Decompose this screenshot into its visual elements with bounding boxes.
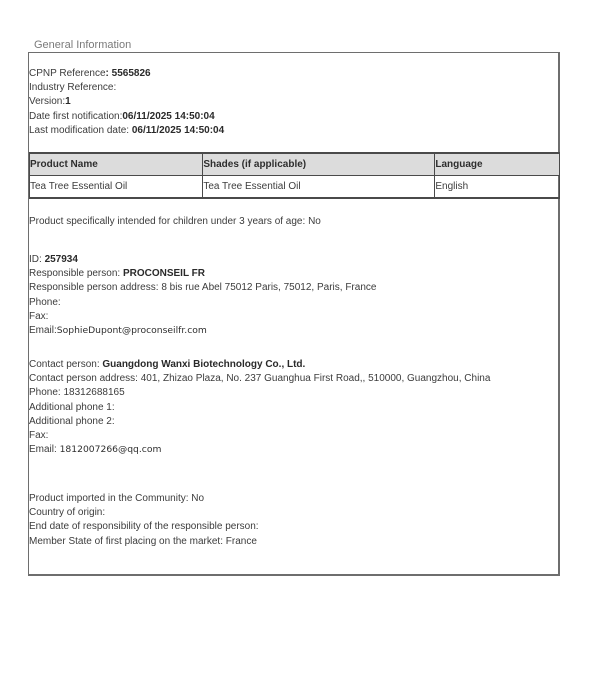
version-value: 1 xyxy=(65,96,71,107)
member-state-label: Member State of first placing on the mar… xyxy=(29,536,226,547)
last-modification-date: Last modification date: 06/11/2025 14:50… xyxy=(29,124,224,138)
cp-additional-phone-2: Additional phone 2: xyxy=(29,415,490,429)
cp-name-label: Contact person: xyxy=(29,359,102,370)
cp-additional-phone-1-label: Additional phone 1: xyxy=(29,402,115,413)
cp-fax-label: Fax: xyxy=(29,430,48,441)
industry-reference: Industry Reference: xyxy=(29,81,224,95)
date-first-notification-label: Date first notification: xyxy=(29,111,122,122)
rp-name-label: Responsible person: xyxy=(29,268,123,279)
rp-fax: Fax: xyxy=(29,310,376,324)
cp-email-label: Email: xyxy=(29,444,60,455)
member-state-value: France xyxy=(226,536,257,547)
children-value: No xyxy=(308,216,321,227)
notification-details: CPNP Reference: 5565826 Industry Referen… xyxy=(29,67,224,138)
cpnp-reference: CPNP Reference: 5565826 xyxy=(29,67,224,81)
section-title: General Information xyxy=(34,39,131,52)
cp-address-label: Contact person address: xyxy=(29,373,141,384)
rp-email: Email:SophieDupont@proconseilfr.com xyxy=(29,324,376,338)
table-header-row: Product Name Shades (if applicable) Lang… xyxy=(30,153,560,176)
imported-value: No xyxy=(191,493,204,504)
rp-address: Responsible person address: 8 bis rue Ab… xyxy=(29,281,376,295)
cp-address-value: 401, Zhizao Plaza, No. 237 Guanghua Firs… xyxy=(141,373,491,384)
cp-address: Contact person address: 401, Zhizao Plaz… xyxy=(29,372,490,386)
rp-id-label: ID: xyxy=(29,254,45,265)
cell-language: English xyxy=(435,176,560,199)
rp-phone: Phone: xyxy=(29,296,376,310)
cp-phone-label: Phone: xyxy=(29,387,63,398)
cp-fax: Fax: xyxy=(29,429,490,443)
last-modification-label: Last modification date: xyxy=(29,125,132,136)
cp-phone: Phone: 18312688165 xyxy=(29,386,490,400)
children-under-3: Product specifically intended for childr… xyxy=(29,215,321,229)
responsible-person-section: ID: 257934 Responsible person: PROCONSEI… xyxy=(29,253,376,338)
industry-reference-label: Industry Reference: xyxy=(29,82,116,93)
cp-phone-value: 18312688165 xyxy=(63,387,124,398)
rp-address-label: Responsible person address: xyxy=(29,282,161,293)
header-shades: Shades (if applicable) xyxy=(203,153,435,176)
cp-name-value: Guangdong Wanxi Biotechnology Co., Ltd. xyxy=(102,359,305,370)
last-modification-value: 06/11/2025 14:50:04 xyxy=(132,125,224,136)
rp-name: Responsible person: PROCONSEIL FR xyxy=(29,267,376,281)
version-label: Version: xyxy=(29,96,65,107)
cp-name: Contact person: Guangdong Wanxi Biotechn… xyxy=(29,358,490,372)
cp-email: Email: 1812007266@qq.com xyxy=(29,443,490,457)
cell-product-name: Tea Tree Essential Oil xyxy=(30,176,203,199)
cell-shades: Tea Tree Essential Oil xyxy=(203,176,435,199)
cp-additional-phone-1: Additional phone 1: xyxy=(29,401,490,415)
end-date-responsibility: End date of responsibility of the respon… xyxy=(29,520,259,534)
rp-email-value: SophieDupont@proconseilfr.com xyxy=(57,325,207,336)
children-info: Product specifically intended for childr… xyxy=(29,215,321,229)
rp-fax-label: Fax: xyxy=(29,311,48,322)
rp-address-value: 8 bis rue Abel 75012 Paris, 75012, Paris… xyxy=(161,282,376,293)
imported-in-community: Product imported in the Community: No xyxy=(29,492,259,506)
header-product-name: Product Name xyxy=(30,153,203,176)
import-info-section: Product imported in the Community: No Co… xyxy=(29,492,259,549)
table-row: Tea Tree Essential Oil Tea Tree Essentia… xyxy=(30,176,560,199)
general-information-panel: CPNP Reference: 5565826 Industry Referen… xyxy=(28,52,560,576)
rp-id-value: 257934 xyxy=(45,254,78,265)
rp-id: ID: 257934 xyxy=(29,253,376,267)
cp-additional-phone-2-label: Additional phone 2: xyxy=(29,416,115,427)
end-date-label: End date of responsibility of the respon… xyxy=(29,521,259,532)
cp-email-value: 1812007266@qq.com xyxy=(60,444,162,455)
date-first-notification-value: 06/11/2025 14:50:04 xyxy=(122,111,214,122)
member-state-first-placing: Member State of first placing on the mar… xyxy=(29,535,259,549)
header-language: Language xyxy=(435,153,560,176)
country-of-origin: Country of origin: xyxy=(29,506,259,520)
imported-label: Product imported in the Community: xyxy=(29,493,191,504)
date-first-notification: Date first notification:06/11/2025 14:50… xyxy=(29,110,224,124)
cpnp-reference-label: CPNP Reference xyxy=(29,68,106,79)
products-table: Product Name Shades (if applicable) Lang… xyxy=(29,152,560,199)
version: Version:1 xyxy=(29,95,224,109)
contact-person-section: Contact person: Guangdong Wanxi Biotechn… xyxy=(29,358,490,457)
rp-phone-label: Phone: xyxy=(29,297,61,308)
country-of-origin-label: Country of origin: xyxy=(29,507,105,518)
rp-email-label: Email: xyxy=(29,325,57,336)
children-label: Product specifically intended for childr… xyxy=(29,216,308,227)
rp-name-value: PROCONSEIL FR xyxy=(123,268,205,279)
cpnp-reference-value: 5565826 xyxy=(112,68,151,79)
